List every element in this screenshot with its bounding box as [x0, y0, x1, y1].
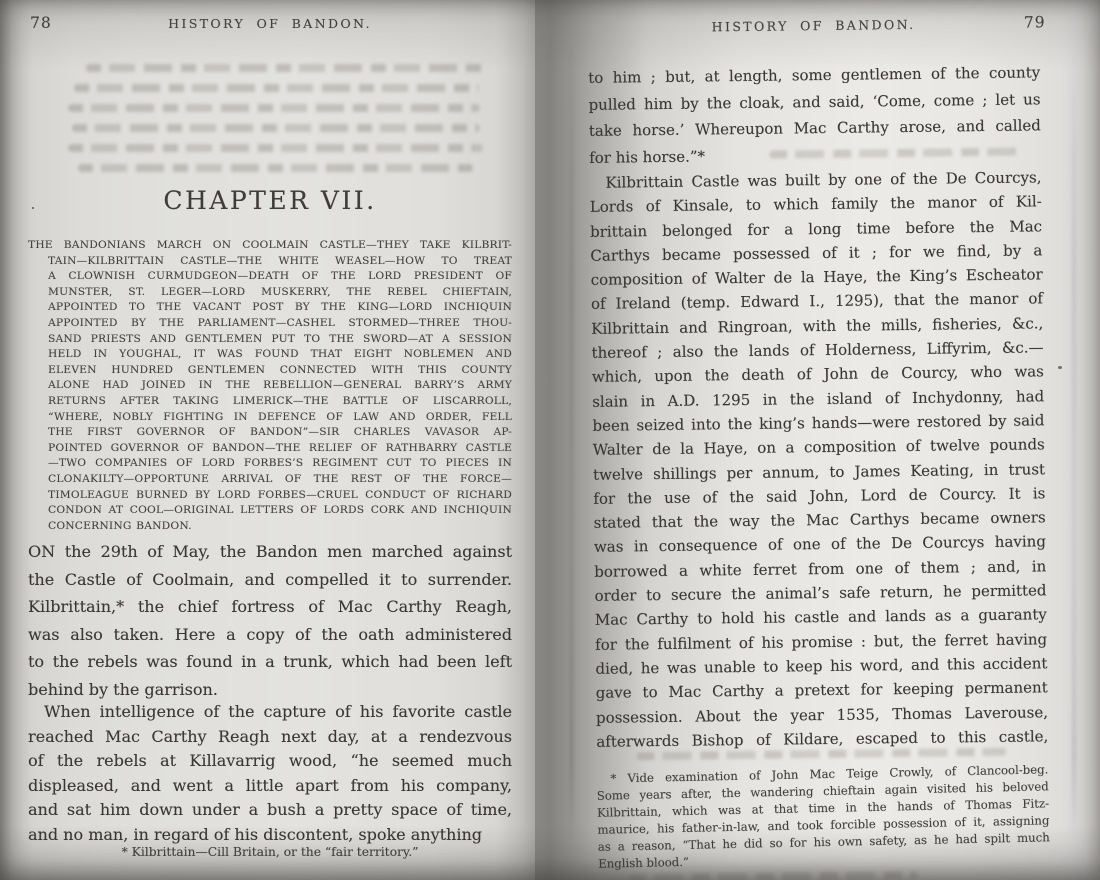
text-line: TAIN—KILBRITTAIN CASTLE—THE WHITE WEASEL… [28, 254, 512, 270]
text-line: was also taken. Here a copy of the oath … [28, 621, 512, 649]
ink-speck [1058, 366, 1062, 369]
show-through-text [68, 64, 488, 184]
text-line: SAND PRIESTS AND GENTLEMEN PUT TO THE SW… [28, 332, 512, 348]
text-line: THE BANDONIANS MARCH ON COOLMAIN CASTLE—… [28, 238, 512, 254]
text-line: APPOINTED TO THE VACANT POST BY THE KING… [28, 300, 512, 316]
chapter-heading: CHAPTER VII. [28, 186, 512, 215]
text-line: and sat him down under a bush a pretty s… [28, 798, 512, 823]
footnote: * Vide examination of John Mac Teige Cro… [596, 761, 1050, 872]
text-line: When intelligence of the capture of his … [28, 700, 512, 725]
running-title: HISTORY OF BANDON. [587, 15, 1039, 36]
text-line: ON the 29th of May, the Bandon men march… [28, 538, 512, 566]
running-header: HISTORY OF BANDON. 79 [587, 15, 1039, 43]
text-line: CLONAKILTY—OPPORTUNE ARRIVAL OF THE REST… [28, 472, 512, 488]
show-through-text [628, 871, 918, 880]
text-line: take horse.’ Whereupon Mac Carthy arose,… [589, 112, 1041, 144]
text-line: CONDON AT COOL—ORIGINAL LETTERS OF LORDS… [28, 503, 512, 519]
text-line: TIMOLEAGUE BURNED BY LORD FORBES—CRUEL C… [28, 488, 512, 504]
text-line: APPOINTED BY THE PARLIAMENT—CASHEL STORM… [28, 316, 512, 332]
text-line: CONCERNING BANDON. [28, 519, 512, 535]
text-line: behind by the garrison. [28, 676, 512, 704]
text-line: afterwards Bishop of Kildare, escaped to… [596, 724, 1048, 754]
text-line: “WHERE, NOBLY FIGHTING IN DEFENCE OF LAW… [28, 410, 512, 426]
running-header: 78 HISTORY OF BANDON. [28, 16, 512, 38]
body-paragraph: ON the 29th of May, the Bandon men march… [28, 538, 512, 703]
text-line: Kilbrittain,* the chief fortress of Mac … [28, 593, 512, 621]
page-number: 79 [1024, 13, 1046, 31]
running-title: HISTORY OF BANDON. [28, 16, 512, 31]
left-page-content: 78 HISTORY OF BANDON. CHAPTER VII. THE B… [28, 0, 512, 880]
text-line: THE FIRST GOVERNOR OF BANDON”—SIR CHARLE… [28, 425, 512, 441]
book-scan: 78 HISTORY OF BANDON. CHAPTER VII. THE B… [0, 0, 1100, 880]
text-line: HELD IN YOUGHAL, IT WAS FOUND THAT EIGHT… [28, 347, 512, 363]
text-line: ALONE HAD JOINED IN THE REBELLION—GENERA… [28, 378, 512, 394]
text-line: —TWO COMPANIES OF LORD FORBES’S REGIMENT… [28, 456, 512, 472]
text-line: displeased, and went a little apart from… [28, 774, 512, 799]
body-paragraph: When intelligence of the capture of his … [28, 700, 512, 848]
footnote: * Kilbrittain—Cill Britain, or the “fair… [28, 845, 512, 859]
text-line: reached Mac Carthy Reagh next day, at a … [28, 725, 512, 750]
body-paragraph: to him ; but, at length, some gentlemen … [588, 59, 1041, 171]
text-line: RETURNS AFTER TAKING LIMERICK—THE BATTLE… [28, 394, 512, 410]
text-line: MUNSTER, ST. LEGER—LORD MUSKERRY, THE RE… [28, 285, 512, 301]
text-line: ELEVEN HUNDRED GENTLEMEN CONNECTED WITH … [28, 363, 512, 379]
text-line: the Castle of Coolmain, and compelled it… [28, 566, 512, 594]
text-line: A CLOWNISH CURMUDGEON—DEATH OF THE LORD … [28, 269, 512, 285]
text-line: POINTED GOVERNOR OF BANDON—THE RELIEF OF… [28, 441, 512, 457]
page-number: 78 [30, 14, 52, 32]
text-line: to the rebels was found in a trunk, whic… [28, 648, 512, 676]
body-paragraph: Kilbrittain Castle was built by one of t… [589, 165, 1048, 754]
right-page-content: HISTORY OF BANDON. 79 to him ; but, at l… [587, 0, 1050, 880]
text-line: of the rebels at Killavarrig wood, “he s… [28, 749, 512, 774]
chapter-summary: THE BANDONIANS MARCH ON COOLMAIN CASTLE—… [28, 238, 512, 534]
text-line: and no man, in regard of his discontent,… [28, 823, 512, 848]
